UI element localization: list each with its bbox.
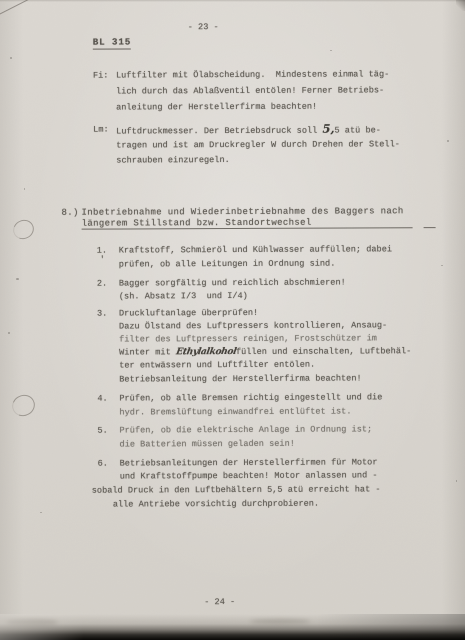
- note-lm-line: Luftdruckmesser. Der Betriebsdruck soll …: [116, 123, 381, 136]
- stray-mark: ': [100, 255, 105, 265]
- note-lm-line: tragen und ist am Druckregler W durch Dr…: [116, 139, 400, 150]
- item-line: prüfen, ob alle Leitungen in Ordnung sin…: [119, 259, 336, 270]
- item-line-post: füllen und einschalten, Luftbehäl-: [236, 346, 411, 357]
- item-line: die Batterien müssen geladen sein!: [120, 439, 295, 450]
- section-title-underline: [82, 227, 413, 229]
- document-text-layer: - 23 - BL 315 Fi: Luftfilter mit Ölabsch…: [0, 0, 465, 640]
- item-line-pre: Winter mit: [119, 347, 176, 357]
- item-line: Prüfen, ob die elektrische Anlage in Ord…: [119, 424, 372, 435]
- note-lm-line-pre: Luftdruckmesser. Der Betriebsdruck soll: [116, 126, 322, 137]
- item-line: hydr. Bremslüftung einwandfrei entlüftet…: [119, 406, 351, 417]
- section-title-line1: Inbetriebnahme und Wiederinbetriebnahme …: [82, 206, 404, 217]
- item-number: 2.: [97, 279, 107, 289]
- item-line: Betriebsanleitungen der Herstellerfirmen…: [120, 457, 378, 468]
- note-fi-line: lich durch das Ablaßventil entölen! Fern…: [116, 85, 384, 96]
- note-lm-label: Lm:: [93, 125, 109, 135]
- scan-bottom-dark-band: [0, 614, 465, 640]
- item-line: und Kraftstoffpumpe beachten! Motor anla…: [120, 470, 378, 481]
- note-lm-line: schrauben einzuregeln.: [116, 155, 230, 165]
- handwritten-pressure-value: 5,: [322, 122, 334, 136]
- page-number-top: - 23 -: [188, 22, 219, 32]
- item-number: 6.: [98, 459, 108, 469]
- item-line: (sh. Absatz I/3 und I/4): [119, 291, 248, 302]
- note-fi-label: Fi:: [93, 71, 109, 81]
- item-line: ter entwässern und Luftfilter entölen.: [119, 360, 315, 371]
- item-line: Druckluftanlage überprüfen!: [119, 308, 258, 319]
- handwritten-word-ethylalkohol: Ethylalkohol: [175, 347, 237, 357]
- note-lm-line-post: 5 atü be-: [334, 125, 380, 135]
- item-line: Prüfen, ob alle Bremsen richtig eingeste…: [119, 392, 382, 403]
- note-fi-line: Luftfilter mit Ölabscheidung. Mindestens…: [116, 69, 389, 80]
- doc-stamp: BL 315: [93, 37, 131, 49]
- section-title-underline-dash: [424, 227, 436, 228]
- item-line: Kraftstoff, Schmieröl und Kühlwasser auf…: [119, 244, 392, 255]
- item-line: alle Antriebe vorsichtig durchprobieren.: [113, 499, 319, 510]
- page-number-bottom: - 24 -: [204, 597, 235, 607]
- item-number: 3.: [97, 309, 107, 319]
- item-number: 5.: [97, 426, 107, 436]
- note-fi-line: anleitung der Herstellerfirma beachten!: [116, 102, 317, 113]
- item-line: sobald Druck in den Luftbehältern 5,5 at…: [92, 484, 381, 495]
- item-line: Dazu Ölstand des Luftpressers kontrollie…: [119, 320, 387, 331]
- item-line: Bagger sorgfältig und reichlich abschmie…: [119, 278, 346, 289]
- section-number: 8.): [62, 208, 79, 218]
- scanned-document-page: - 23 - BL 315 Fi: Luftfilter mit Ölabsch…: [0, 0, 465, 640]
- item-number: 4.: [97, 394, 107, 404]
- item-line-with-handwriting: Winter mit Ethylalkoholfüllen und einsch…: [119, 346, 411, 357]
- item-line: Betriebsanleitung der Herstellerfirma be…: [119, 373, 361, 384]
- item-line: filter des Luftpressers reinigen, Frosts…: [119, 333, 377, 344]
